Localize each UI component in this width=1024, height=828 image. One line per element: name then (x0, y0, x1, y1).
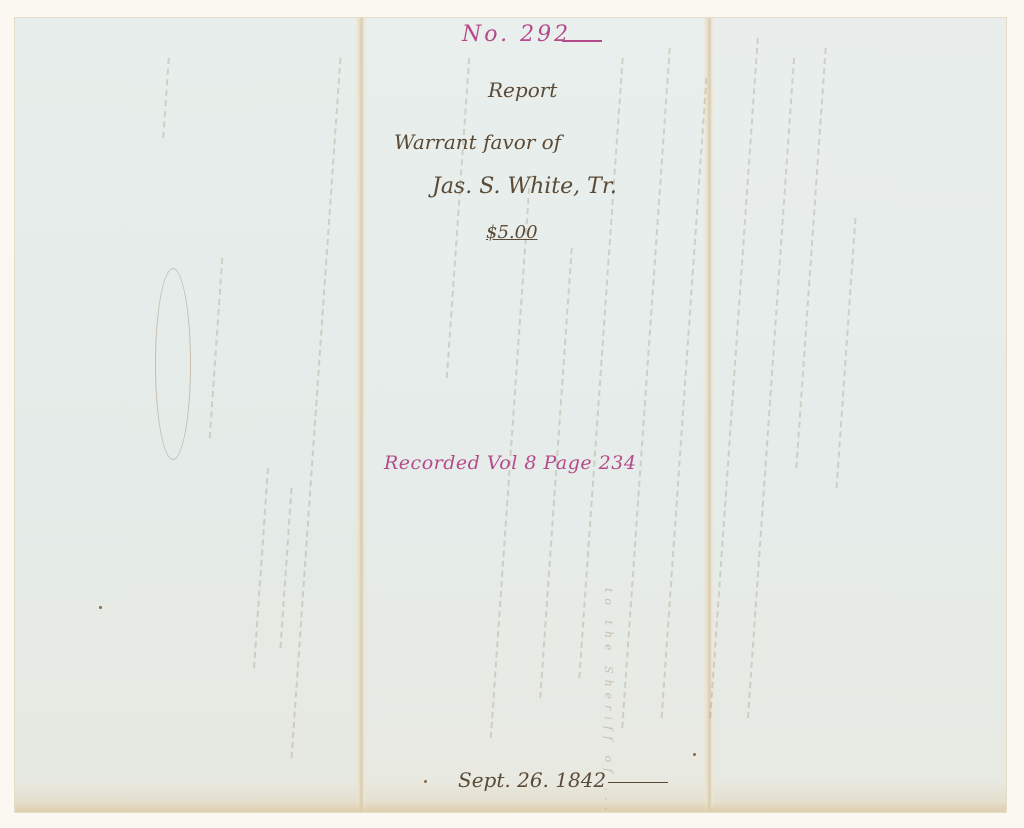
docket-subject: Warrant favor of (394, 130, 561, 154)
ink-speck (693, 753, 696, 756)
docket-number: No. 292 (462, 22, 571, 47)
docket-title: Report (488, 78, 557, 102)
docket-amount: $5.00 (486, 222, 538, 243)
scan-mount: to the Sheriff of ... No. 292 Report War… (0, 0, 1024, 828)
ink-speck (99, 606, 102, 609)
recorded-note: Recorded Vol 8 Page 234 (384, 452, 636, 474)
fold-crease-left (355, 18, 367, 812)
ink-speck (424, 780, 427, 783)
docket-payee-name: Jas. S. White, Tr. (432, 174, 617, 199)
bleed-flourish (155, 268, 191, 460)
docket-date: Sept. 26. 1842 (458, 768, 606, 792)
bottom-edge-stain (15, 802, 1006, 812)
